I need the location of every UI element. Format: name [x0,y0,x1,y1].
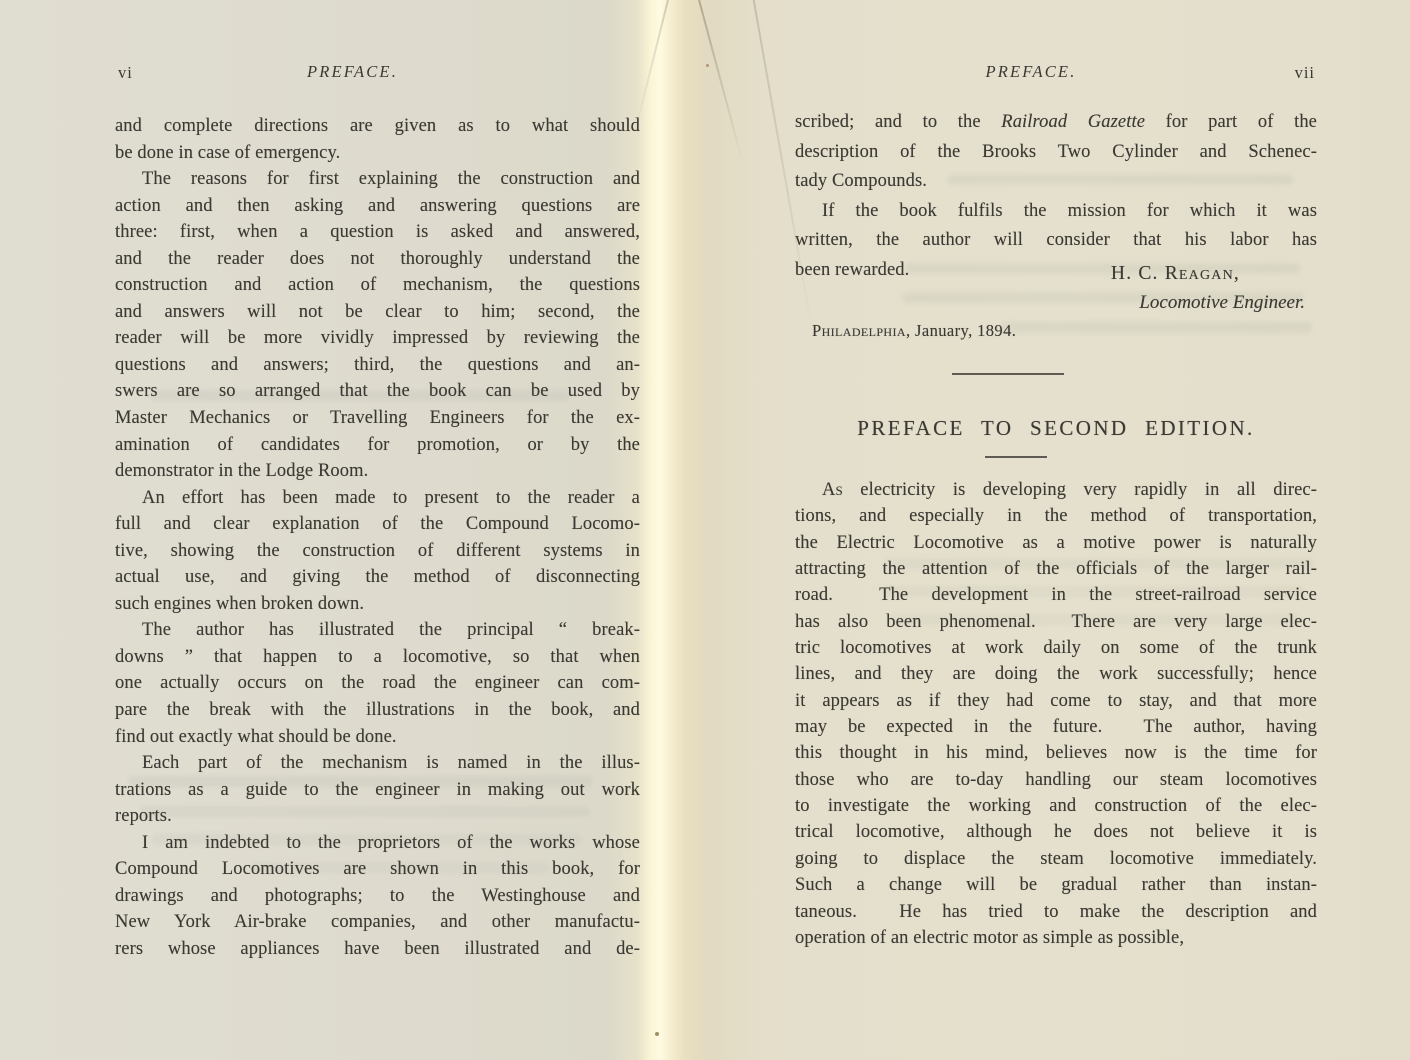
text-line: and complete directions are given as to … [115,113,640,140]
text-line: and answers will not be clear to him; se… [115,299,640,326]
text-line: three: first, when a question is asked a… [115,219,640,246]
text-line: one actually occurs on the road the engi… [115,670,640,697]
page-right-body2: As electricity is developing very rapidl… [795,477,1317,951]
text-line: may be expected in the future. The autho… [795,714,1317,740]
text-line: the Electric Locomotive as a motive powe… [795,530,1317,556]
page-right-header: PREFACE. vii [795,62,1317,86]
text-line: reader will be more vividly impressed by… [115,325,640,352]
dateline-date: January, 1894. [911,321,1017,340]
heading-underline-rule [985,456,1047,458]
section-divider-rule [952,373,1064,375]
book-scan: vi PREFACE. and complete directions are … [0,0,1410,1060]
text-line: Each part of the mechanism is named in t… [115,750,640,777]
dateline-place: Philadelphia, [812,321,911,340]
text-line: it appears as if they had come to stay, … [795,688,1317,714]
text-line: road. The development in the street-rail… [795,582,1317,608]
page-crease [697,0,744,165]
show-through-ghost [1000,322,1312,333]
text-line: trations as a guide to the engineer in m… [115,777,640,804]
page-number-left: vi [118,63,133,83]
text-line: drawings and photographs; to the Westing… [115,883,640,910]
text-line: The author has illustrated the principal… [115,617,640,644]
text-line: find out exactly what should be done. [115,724,640,751]
text-line: tady Compounds. [795,167,1317,197]
text-line: pare the break with the illustrations in… [115,697,640,724]
text-line: I am indebted to the proprietors of the … [115,830,640,857]
text-line: An effort has been made to present to th… [115,485,640,512]
text-line: construction and action of mechanism, th… [115,272,640,299]
author-signature: H. C. Reagan, [795,263,1317,285]
paper-speck [655,1032,659,1036]
text-line: attracting the attention of the official… [795,556,1317,582]
text-line: swers are so arranged that the book can … [115,378,640,405]
text-line: scribed; and to the Railroad Gazette for… [795,108,1317,138]
text-line: description of the Brooks Two Cylinder a… [795,138,1317,168]
text-line: tric locomotives at work daily on some o… [795,635,1317,661]
text-line: As electricity is developing very rapidl… [795,477,1317,503]
text-line: written, the author will consider that h… [795,226,1317,256]
text-line: demonstrator in the Lodge Room. [115,458,640,485]
text-line: Compound Locomotives are shown in this b… [115,856,640,883]
text-line: has also been phenomenal. There are very… [795,609,1317,635]
text-line: going to displace the steam locomotive i… [795,846,1317,872]
dateline: Philadelphia, January, 1894. [812,321,1016,341]
text-line: action and then asking and answering que… [115,193,640,220]
text-line: actual use, and giving the method of dis… [115,564,640,591]
text-line: downs ” that happen to a locomotive, so … [115,644,640,671]
text-line: be done in case of emergency. [115,140,640,167]
text-line: Such a change will be gradual rather tha… [795,872,1317,898]
text-line: reports. [115,803,640,830]
paper-speck [706,64,709,67]
text-line: The reasons for first explaining the con… [115,166,640,193]
text-line: taneous. He has tried to make the descri… [795,899,1317,925]
running-head-right: PREFACE. [985,62,1076,82]
text-line: tive, showing the construction of differ… [115,538,640,565]
text-line: tions, and especially in the method of t… [795,503,1317,529]
text-line: full and clear explanation of the Compou… [115,511,640,538]
text-line: trical locomotive, although he does not … [795,819,1317,845]
text-line: lines, and they are doing the work succe… [795,661,1317,687]
text-line: and the reader does not thoroughly under… [115,246,640,273]
running-head-left: PREFACE. [307,62,398,82]
section-heading: PREFACE TO SECOND EDITION. [795,416,1317,441]
page-right-body: scribed; and to the Railroad Gazette for… [795,108,1317,285]
author-title: Locomotive Engineer. [795,292,1317,314]
text-line: If the book fulfils the mission for whic… [795,197,1317,227]
page-number-right: vii [1295,63,1315,83]
text-line: questions and answers; third, the questi… [115,352,640,379]
page-left-body: and complete directions are given as to … [115,113,640,963]
text-line: rers whose appliances have been illustra… [115,936,640,963]
text-line: amination of candidates for promotion, o… [115,432,640,459]
text-line: Master Mechanics or Travelling Engineers… [115,405,640,432]
text-line: to investigate the working and construct… [795,793,1317,819]
page-left-header: vi PREFACE. [115,62,640,86]
text-line: New York Air-brake companies, and other … [115,909,640,936]
text-line: operation of an electric motor as simple… [795,925,1317,951]
text-line: those who are to-day handling our steam … [795,767,1317,793]
text-line: such engines when broken down. [115,591,640,618]
text-line: this thought in his mind, believes now i… [795,740,1317,766]
